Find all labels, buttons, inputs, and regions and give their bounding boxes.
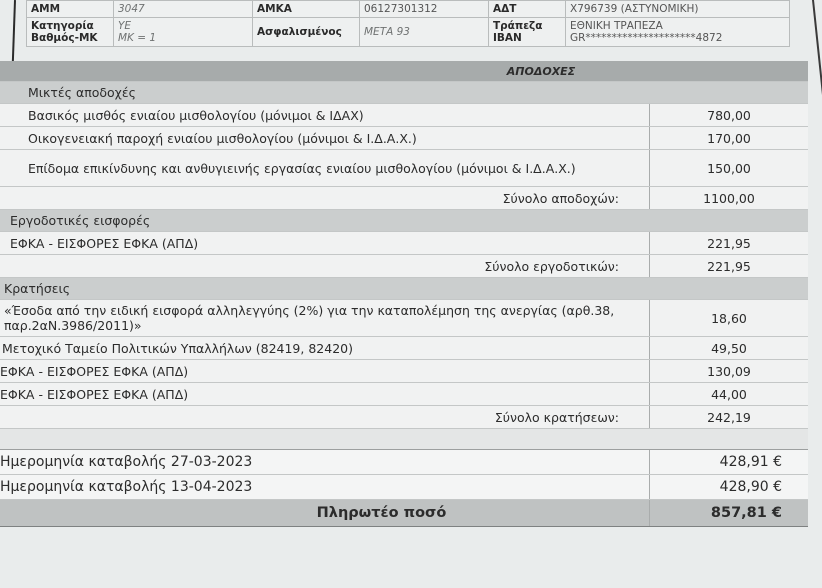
earnings-table: ΑΠΟΔΟΧΕΣ Μικτές αποδοχές Βασικός μισθός … [0,61,808,527]
amm-value: 3047 [114,1,253,18]
item-amount: 170,00 [650,127,809,150]
item-label: «Έσοδα από την ειδική εισφορά αλληλεγγύη… [0,300,650,337]
amka-label: ΑΜΚΑ [253,1,360,18]
item-amount: 130,09 [650,360,809,383]
subtotal-amount: 1100,00 [650,187,809,210]
iban-label: IBAN [493,32,561,44]
subtotal-label: Σύνολο αποδοχών: [0,187,650,210]
spacer-row [0,429,808,450]
item-label: Βασικός μισθός ενιαίου μισθολογίου (μόνι… [0,104,650,127]
payable-label: Πληρωτέο ποσό [0,500,650,527]
subtotal-row: Σύνολο κρατήσεων: 242,19 [0,406,808,429]
subtotal-row: Σύνολο εργοδοτικών: 221,95 [0,255,808,278]
payment-amount: 428,91 € [650,450,809,475]
item-label: ΕΦΚΑ - ΕΙΣΦΟΡΕΣ ΕΦΚΑ (ΑΠΔ) [0,383,650,406]
grade-label: Βαθμός-ΜΚ [31,32,109,44]
section-header-row: Μικτές αποδοχές [0,82,808,104]
earnings-title-row: ΑΠΟΔΟΧΕΣ [0,61,808,82]
payable-total-row: Πληρωτέο ποσό 857,81 € [0,500,808,527]
payment-date-label: Ημερομηνία καταβολής 13-04-2023 [0,475,650,500]
bank-iban-value: ΕΘΝΙΚΗ ΤΡΑΠΕΖΑ GR*********************48… [566,18,790,47]
adt-label: ΑΔΤ [489,1,566,18]
table-row: ΕΦΚΑ - ΕΙΣΦΟΡΕΣ ΕΦΚΑ (ΑΠΔ) 44,00 [0,383,808,406]
item-label: Μετοχικό Ταμείο Πολιτικών Υπαλλήλων (824… [0,337,650,360]
item-label: Οικογενειακή παροχή ενιαίου μισθολογίου … [0,127,650,150]
table-row: Επίδομα επικίνδυνης και ανθυγιεινής εργα… [0,150,808,187]
table-row: ΕΦΚΑ - ΕΙΣΦΟΡΕΣ ΕΦΚΑ (ΑΠΔ) 130,09 [0,360,808,383]
iban-value: GR*********************4872 [570,32,785,44]
payment-date-label: Ημερομηνία καταβολής 27-03-2023 [0,450,650,475]
insured-value: ΜΕΤΑ 93 [360,18,489,47]
info-row: ΑΜΜ 3047 ΑΜΚΑ 06127301312 ΑΔΤ Χ796739 (Α… [27,1,790,18]
payment-amount: 428,90 € [650,475,809,500]
table-row: Μετοχικό Ταμείο Πολιτικών Υπαλλήλων (824… [0,337,808,360]
category-label: Κατηγορία [31,20,109,32]
category-grade-label: Κατηγορία Βαθμός-ΜΚ [27,18,114,47]
payment-row: Ημερομηνία καταβολής 13-04-2023 428,90 € [0,475,808,500]
bank-value: ΕΘΝΙΚΗ ΤΡΑΠΕΖΑ [570,20,785,32]
table-row: Οικογενειακή παροχή ενιαίου μισθολογίου … [0,127,808,150]
section-header-row: Κρατήσεις [0,278,808,300]
gross-section-label: Μικτές αποδοχές [0,82,808,104]
table-row: Βασικός μισθός ενιαίου μισθολογίου (μόνι… [0,104,808,127]
grade-value: ΜΚ = 1 [118,32,248,44]
item-label: Επίδομα επικίνδυνης και ανθυγιεινής εργα… [0,150,650,187]
table-row: «Έσοδα από την ειδική εισφορά αλληλεγγύη… [0,300,808,337]
item-amount: 44,00 [650,383,809,406]
amka-value: 06127301312 [360,1,489,18]
item-amount: 49,50 [650,337,809,360]
item-amount: 780,00 [650,104,809,127]
subtotal-label: Σύνολο κρατήσεων: [0,406,650,429]
subtotal-label: Σύνολο εργοδοτικών: [0,255,650,278]
item-label: ΕΦΚΑ - ΕΙΣΦΟΡΕΣ ΕΦΚΑ (ΑΠΔ) [0,232,650,255]
item-label: ΕΦΚΑ - ΕΙΣΦΟΡΕΣ ΕΦΚΑ (ΑΠΔ) [0,360,650,383]
category-value: ΥΕ [118,20,248,32]
employee-info-table: ΑΜΜ 3047 ΑΜΚΑ 06127301312 ΑΔΤ Χ796739 (Α… [26,0,790,47]
table-row: ΕΦΚΑ - ΕΙΣΦΟΡΕΣ ΕΦΚΑ (ΑΠΔ) 221,95 [0,232,808,255]
section-header-row: Εργοδοτικές εισφορές [0,210,808,232]
subtotal-amount: 221,95 [650,255,809,278]
amm-label: ΑΜΜ [27,1,114,18]
page-edge-right [812,0,822,119]
insured-label: Ασφαλισμένος [253,18,360,47]
item-amount: 18,60 [650,300,809,337]
spacer-cell [0,429,808,450]
employer-section-label: Εργοδοτικές εισφορές [0,210,808,232]
info-row: Κατηγορία Βαθμός-ΜΚ ΥΕ ΜΚ = 1 Ασφαλισμέν… [27,18,790,47]
item-amount: 221,95 [650,232,809,255]
earnings-title: ΑΠΟΔΟΧΕΣ [0,61,808,82]
bank-label: Τράπεζα [493,20,561,32]
category-grade-value: ΥΕ ΜΚ = 1 [114,18,253,47]
payment-row: Ημερομηνία καταβολής 27-03-2023 428,91 € [0,450,808,475]
deductions-section-label: Κρατήσεις [0,278,808,300]
subtotal-row: Σύνολο αποδοχών: 1100,00 [0,187,808,210]
item-amount: 150,00 [650,150,809,187]
payable-amount: 857,81 € [650,500,809,527]
bank-iban-label: Τράπεζα IBAN [489,18,566,47]
adt-value: Χ796739 (ΑΣΤΥΝΟΜΙΚΗ) [566,1,790,18]
subtotal-amount: 242,19 [650,406,809,429]
